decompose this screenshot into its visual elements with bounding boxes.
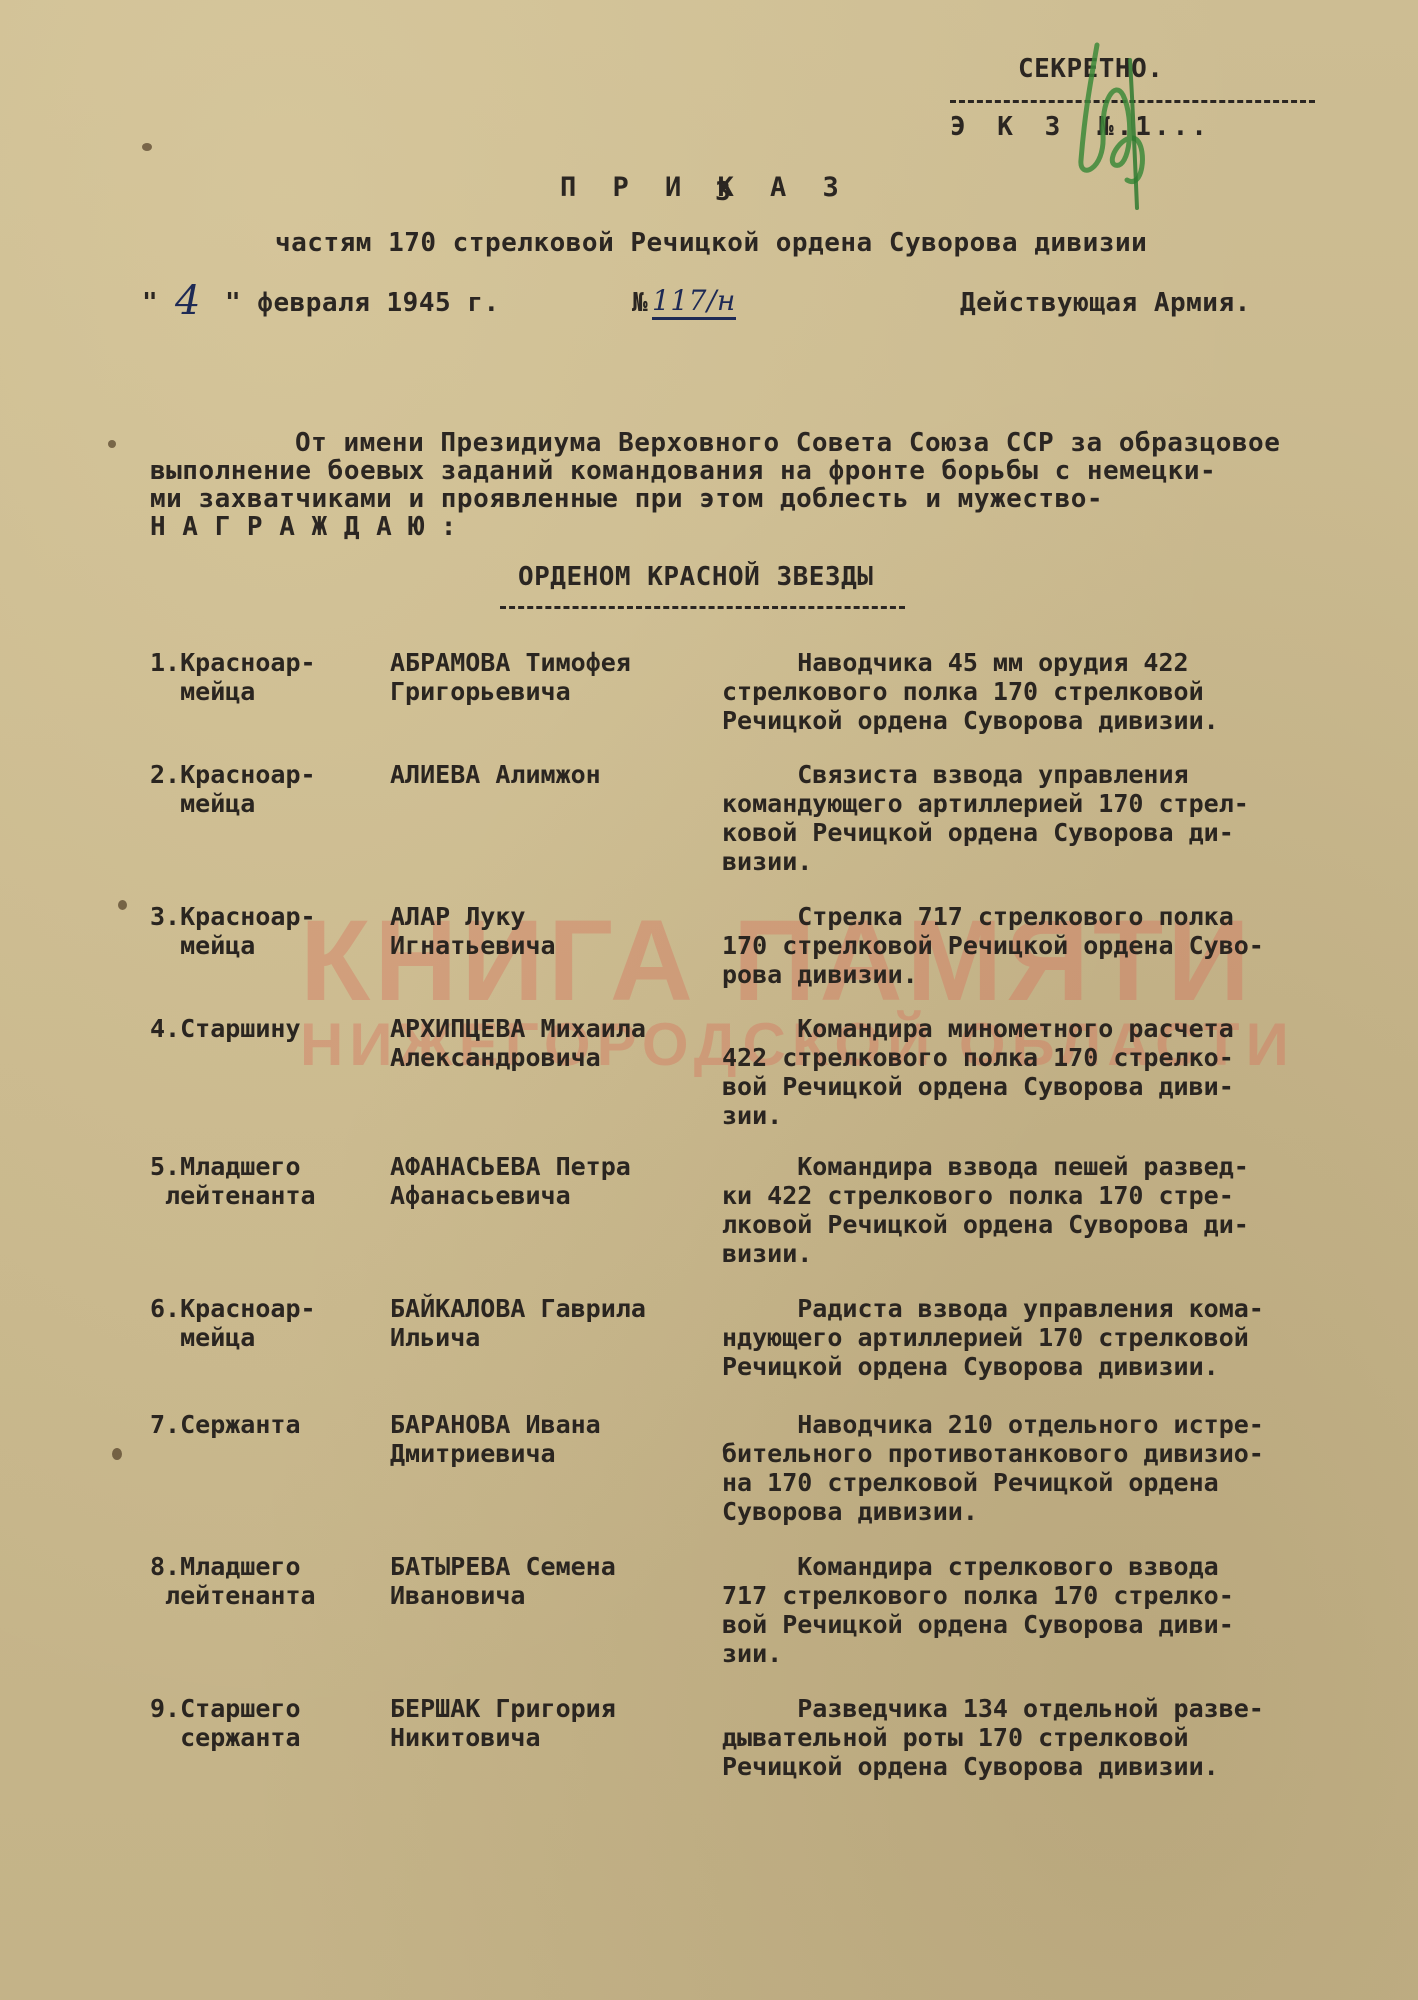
preamble-line-2: выполнение боевых заданий командования н… [150,456,1216,486]
entry-name: БЕРШАК Григория Никитовича [390,1694,616,1752]
paper-hole [118,900,127,910]
entry-rank: 3.Красноар- мейца [150,902,316,960]
entry-name: БАРАНОВА Ивана Дмитриевича [390,1410,601,1468]
entry-name: БАТЫРЕВА Семена Ивановича [390,1552,616,1610]
date-day-handwritten: 4 [175,278,201,324]
entry-name: БАЙКАЛОВА Гаврила Ильича [390,1294,646,1352]
entry-description: Командира минометного расчета 422 стрелк… [722,1014,1342,1130]
entry-name: АЛИЕВА Алимжон [390,760,601,789]
entry-rank: 9.Старшего сержанта [150,1694,301,1752]
order-subtitle: частям 170 стрелковой Речицкой ордена Су… [275,228,1147,258]
preamble-line-1: От имени Президиума Верховного Совета Со… [295,428,1280,458]
entry-rank: 6.Красноар- мейца [150,1294,316,1352]
order-number-handwritten: 117/н [652,284,736,320]
entry-description: Командира взвода пешей развед- ки 422 ст… [722,1152,1342,1268]
entry-name: АЛАР Луку Игнатьевича [390,902,556,960]
entry-name: АРХИПЦЕВА Михаила Александровича [390,1014,646,1072]
entry-description: Связиста взвода управления командующего … [722,760,1342,876]
award-title: ОРДЕНОМ КРАСНОЙ ЗВЕЗДЫ [518,562,873,592]
preamble-line-3: ми захватчиками и проявленные при этом д… [150,484,1103,514]
entry-description: Командира стрелкового взвода 717 стрелко… [722,1552,1342,1668]
entry-description: Стрелка 717 стрелкового полка 170 стрелк… [722,902,1342,989]
date-month-year: " февраля 1945 г. [225,288,500,318]
entry-rank: 8.Младшего лейтенанта [150,1552,316,1610]
paper-hole [142,143,152,151]
entry-rank: 2.Красноар- мейца [150,760,316,818]
entry-rank: 4.Старшину [150,1014,301,1043]
entry-description: Наводчика 45 мм орудия 422 стрелкового п… [722,648,1342,735]
entry-rank: 5.Младшего лейтенанта [150,1152,316,1210]
paper-hole [112,1448,122,1460]
location: Действующая Армия. [960,288,1251,318]
entry-rank: 7.Сержанта [150,1410,301,1439]
award-verb: Н А Г Р А Ж Д А Ю : [150,512,457,542]
order-heading: П Р И К А З [560,172,849,203]
signature-icon [1075,40,1155,210]
entry-name: АФАНАСЬЕВА Петра Афанасьевича [390,1152,631,1210]
award-title-underline [500,606,905,609]
paper-hole [108,440,116,448]
entry-description: Разведчика 134 отдельной разве- дыватель… [722,1694,1342,1781]
entry-rank: 1.Красноар- мейца [150,648,316,706]
document-page: КНИГА ПАМЯТИ НИЖЕГОРОДСКОЙ ОБЛАСТИ СЕКРЕ… [0,0,1418,2000]
entry-description: Радиста взвода управления кома- ндующего… [722,1294,1342,1381]
date-quote-open: " [142,288,158,318]
order-number-label: № [632,288,648,318]
entry-name: АБРАМОВА Тимофея Григорьевича [390,648,631,706]
entry-description: Наводчика 210 отдельного истре- бительно… [722,1410,1342,1526]
